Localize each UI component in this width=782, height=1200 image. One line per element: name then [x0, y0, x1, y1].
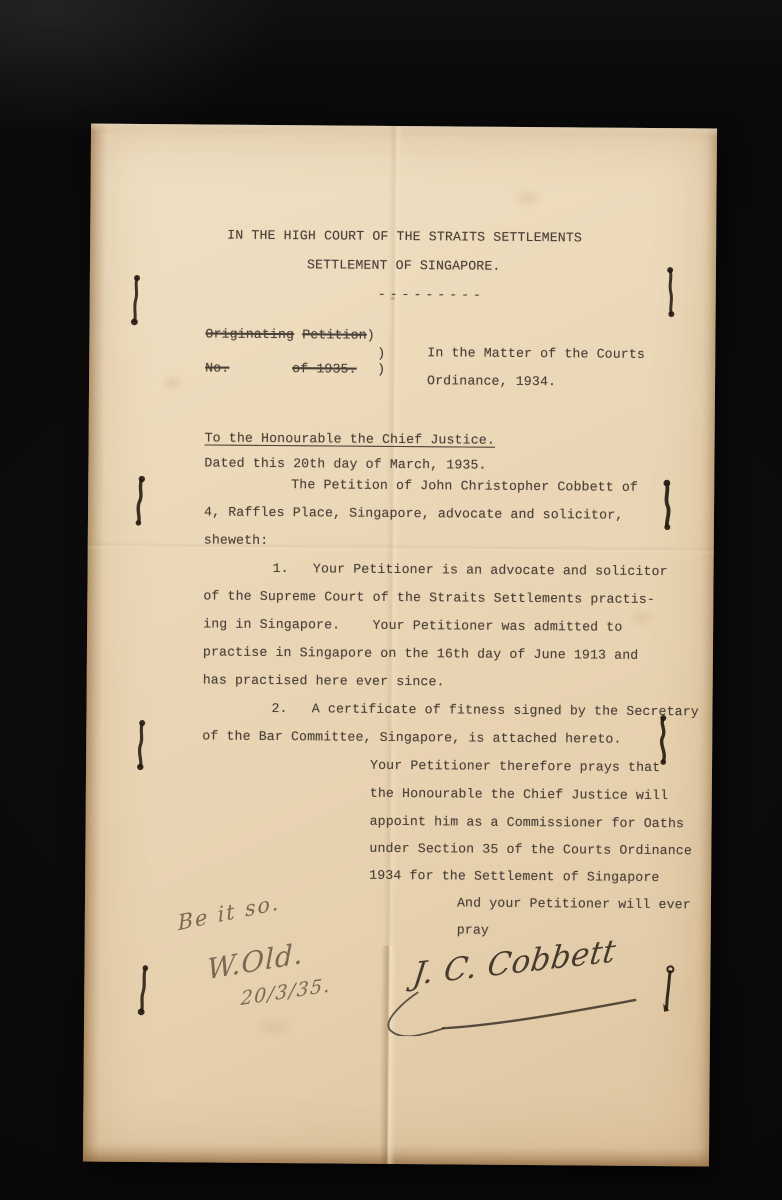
- struck-word: Originating: [205, 326, 294, 342]
- closing-line: And your Petitioner will ever: [457, 895, 691, 912]
- struck-no-label: No.: [205, 360, 229, 375]
- binding-stitch-icon: [660, 479, 674, 531]
- header-divider: ---------: [378, 287, 485, 303]
- foxing-spot: [254, 1015, 294, 1039]
- case-number-bracket: ): [377, 346, 385, 361]
- case-number-bracket: ): [377, 362, 385, 377]
- dated-line: Dated this 20th day of March, 1935.: [204, 455, 486, 472]
- intro-line: sheweth:: [204, 532, 269, 548]
- intro-line: The Petition of John Christopher Cobbett…: [291, 477, 638, 495]
- paragraph2-line: 2. A certificate of fitness signed by th…: [271, 701, 698, 719]
- binding-stitch-icon: [657, 963, 678, 1016]
- binding-stitch-icon: [133, 719, 149, 772]
- binding-stitch-icon: [134, 963, 153, 1016]
- paragraph1-line: has practised here ever since.: [203, 672, 445, 689]
- paragraph1-line: 1. Your Petitioner is an advocate and so…: [273, 561, 668, 579]
- petitioner-signature: J. C. Cobbett: [411, 933, 618, 993]
- intro-line: 4, Raffles Place, Singapore, advocate an…: [204, 504, 623, 522]
- binding-stitch-icon: [663, 266, 678, 318]
- judge-endorsement-initials: W.Old.: [207, 937, 303, 987]
- foxing-spot: [510, 187, 544, 209]
- judge-endorsement-text: Be it so.: [177, 890, 280, 935]
- struck-word: Petition: [302, 327, 367, 343]
- foxing-spot: [627, 608, 657, 628]
- binding-stitch-icon: [127, 274, 144, 327]
- binding-stitch-icon: [655, 714, 671, 767]
- case-number-line1: Originating Petition): [205, 326, 374, 342]
- paragraph1-line: of the Supreme Court of the Straits Sett…: [203, 588, 655, 607]
- paragraph1-line: ing in Singapore. Your Petitioner was ad…: [203, 616, 622, 634]
- binding-stitch-icon: [131, 474, 149, 527]
- salutation: To the Honourable the Chief Justice.: [205, 430, 495, 447]
- paragraph2-line: of the Bar Committee, Singapore, is atta…: [202, 728, 621, 746]
- prayer-line: Your Petitioner therefore prays that: [370, 758, 660, 775]
- prayer-line: appoint him as a Commissioner for Oaths: [370, 814, 685, 831]
- paper-crease: [88, 542, 714, 555]
- paragraph1-line: practise in Singapore on the 16th day of…: [203, 644, 639, 662]
- court-header-line1: IN THE HIGH COURT OF THE STRAITS SETTLEM…: [227, 228, 582, 246]
- prayer-line: the Honourable the Chief Justice will: [370, 786, 668, 803]
- judge-endorsement-date: 20/3/35.: [240, 974, 332, 1010]
- prayer-line: 1934 for the Settlement of Singapore: [369, 868, 659, 885]
- bracket: ): [367, 328, 375, 343]
- struck-year: of 1935.: [292, 361, 357, 377]
- paper-crease: [379, 946, 397, 1164]
- document-page: IN THE HIGH COURT OF THE STRAITS SETTLEM…: [83, 124, 717, 1167]
- closing-line: pray: [457, 922, 489, 937]
- signature-flourish: [384, 990, 654, 1038]
- matter-line2: Ordinance, 1934.: [427, 373, 556, 389]
- matter-line1: In the Matter of the Courts: [427, 345, 645, 362]
- foxing-spot: [159, 374, 185, 392]
- court-header-line2: SETTLEMENT OF SINGAPORE.: [307, 257, 501, 274]
- prayer-line: under Section 35 of the Courts Ordinance: [369, 841, 692, 859]
